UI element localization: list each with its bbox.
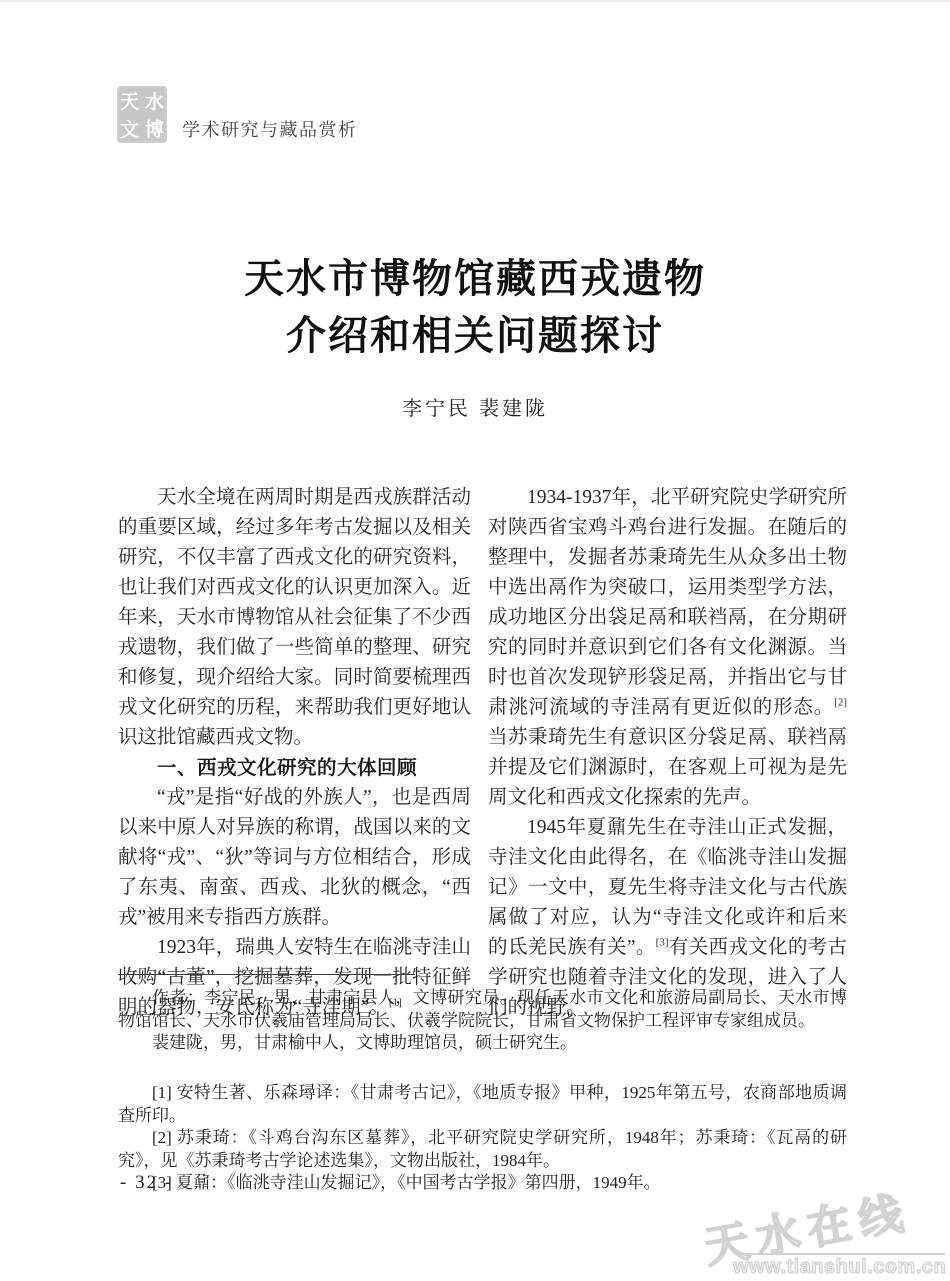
right-column: 1934-1937年，北平研究院史学研究所对陕西省宝鸡斗鸡台进行发掘。在随后的整… <box>488 483 847 1023</box>
intro-paragraph: 天水全境在两周时期是西戎族群活动的重要区域，经过多年考古发掘以及相关研究，不仅丰… <box>118 483 471 753</box>
article-body: 天水全境在两周时期是西戎族群活动的重要区域，经过多年考古发掘以及相关研究，不仅丰… <box>118 483 847 1023</box>
author-bio-li-ningmin: 作者：李宁民，男，甘肃宁县人，文博研究员。现任天水市文化和旅游局副局长、天水市博… <box>118 987 847 1032</box>
seal-char-4: 博 <box>142 115 167 144</box>
footnotes-block: [1] 安特生著、乐森璕译：《甘肃考古记》，《地质专报》甲种，1925年第五号，… <box>118 1082 847 1195</box>
section-label: 学术研究与藏品赏析 <box>182 116 358 142</box>
paragraph-text: 1934-1937年，北平研究院史学研究所对陕西省宝鸡斗鸡台进行发掘。在随后的整… <box>488 487 847 718</box>
paragraph-text: 当苏秉琦先生有意识区分袋足鬲、联裆鬲并提及它们渊源时，在客观上可视为是先周文化和… <box>488 727 847 808</box>
article-title-line2: 介绍和相关问题探讨 <box>0 307 950 364</box>
seal-char-2: 水 <box>142 86 167 115</box>
su-bingqi-paragraph: 1934-1937年，北平研究院史学研究所对陕西省宝鸡斗鸡台进行发掘。在随后的整… <box>488 483 847 813</box>
page-number: - 32 - <box>120 1172 173 1194</box>
footer-separator-line <box>118 974 415 975</box>
author-bio-pei-jianlong: 裴建陇，男，甘肃榆中人，文博助理馆员，硕士研究生。 <box>118 1032 847 1055</box>
watermark-underline <box>735 1253 945 1255</box>
seal-char-3: 文 <box>117 115 142 144</box>
footnote-ref-3: [3] <box>656 937 669 949</box>
author-biography-note: 作者：李宁民，男，甘肃宁县人，文博研究员。现任天水市文化和旅游局副局长、天水市博… <box>118 987 847 1055</box>
watermark-url: www.tianshui.com.cn <box>733 1256 946 1279</box>
seal-char-1: 天 <box>117 86 142 115</box>
site-watermark: 天水在线 www.tianshui.com.cn <box>695 1180 950 1281</box>
article-title: 天水市博物馆藏西戎遗物 介绍和相关问题探讨 <box>0 250 950 364</box>
section-heading-1: 一、西戎文化研究的大体回顾 <box>118 753 471 783</box>
footnote-2: [2] 苏秉琦：《斗鸡台沟东区墓葬》，北平研究院史学研究所，1948年；苏秉琦：… <box>118 1127 847 1172</box>
journal-page: 天 水 文 博 学术研究与藏品赏析 天水市博物馆藏西戎遗物 介绍和相关问题探讨 … <box>0 0 950 1281</box>
rong-definition-paragraph: “戎”是指“好战的外族人”，也是西周以来中原人对异族的称谓，战国以来的文献将“戎… <box>118 783 471 933</box>
footnote-ref-2: [2] <box>834 697 847 709</box>
article-title-line1: 天水市博物馆藏西戎遗物 <box>0 250 950 307</box>
left-column: 天水全境在两周时期是西戎族群活动的重要区域，经过多年考古发掘以及相关研究，不仅丰… <box>118 483 471 1023</box>
article-authors: 李宁民 裴建陇 <box>0 392 950 421</box>
footnote-1: [1] 安特生著、乐森璕译：《甘肃考古记》，《地质专报》甲种，1925年第五号，… <box>118 1082 847 1127</box>
museum-seal-logo: 天 水 文 博 <box>117 86 167 143</box>
